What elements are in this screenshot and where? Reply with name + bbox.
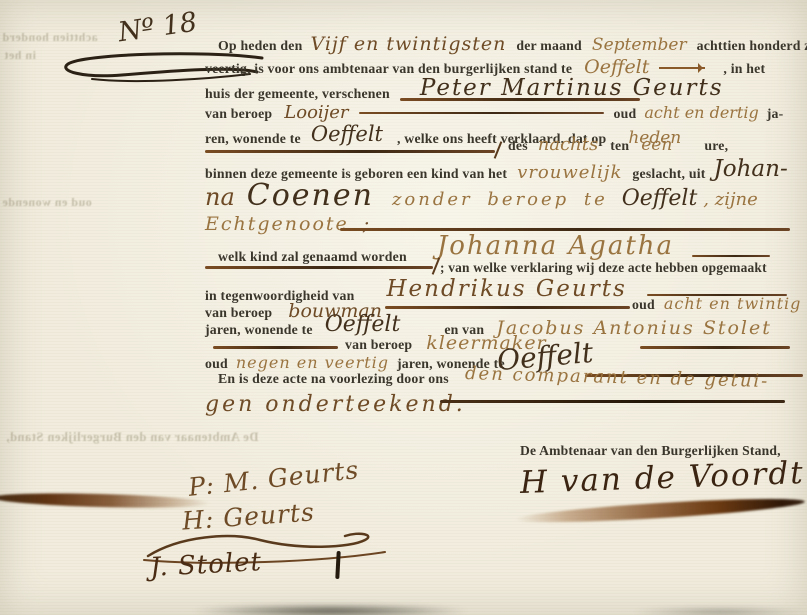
printed-text: veertig, is voor ons ambtenaar van den b… — [205, 61, 572, 76]
flourish-line — [205, 150, 495, 153]
ink-smear-left — [0, 491, 210, 510]
act-number: Nº 18 — [116, 7, 199, 49]
closing-handwritten-part1: den comparant en de getui- — [465, 363, 770, 392]
entry-mother-name-part3: Coenen — [247, 178, 374, 213]
body-line-1: Op heden den Vijf en twintigsten der maa… — [218, 33, 807, 55]
signature-declarant: P: M. Geurts — [187, 455, 361, 502]
flourish-line — [640, 346, 790, 349]
entry-witness1-name: Hendrikus Geurts — [386, 276, 626, 302]
body-line-8: na Coenen zonder beroep te Oeffelt , zij… — [205, 178, 758, 213]
entry-spouse-word: , zijne — [703, 189, 758, 210]
printed-text: achttien honderd zes en — [697, 38, 807, 53]
printed-text: ure, — [704, 138, 728, 153]
printed-text: welk kind zal genaamd worden — [218, 249, 407, 264]
printed-text: van beroep — [345, 337, 412, 352]
flourish-line — [440, 400, 785, 403]
entry-day: Vijf en twintigsten — [310, 33, 506, 55]
printed-text: huis der gemeente, verschenen — [205, 86, 390, 101]
handwritten-mark: ; — [363, 213, 369, 235]
printed-text: jaren, wonende te — [205, 322, 313, 337]
entry-time-of-day: nachts — [538, 134, 598, 155]
flourish-line — [359, 112, 604, 115]
entry-declarant-age: acht en dertig — [644, 103, 758, 122]
entry-hour: een — [641, 135, 672, 155]
bleedthrough-text: achttien honderd — [2, 30, 98, 45]
birth-certificate-scan: achttien honderd in het oud en wonende D… — [0, 0, 807, 615]
pen-stroke-arrow — [659, 67, 705, 69]
entry-month: September — [592, 35, 687, 55]
flourish-line — [692, 255, 770, 258]
body-line-4: van beroep Looijer oud acht en dertig ja… — [205, 102, 783, 123]
printed-text: des — [508, 138, 528, 153]
printed-text: oud — [632, 297, 655, 312]
body-line-18: gen onderteekend. — [205, 392, 466, 417]
body-line-9: Echtgenoote ; — [205, 213, 369, 235]
signature-witness2: J. Stolet — [149, 547, 262, 583]
entry-declarant-occupation: Looijer — [284, 102, 348, 123]
entry-declarant-residence: Oeffelt — [311, 122, 383, 146]
printed-text: , in het — [723, 61, 765, 76]
entry-mother-occupation: zonder beroep te — [392, 189, 608, 210]
body-line-6: des nachts ten een ure, — [508, 134, 728, 155]
body-line-17: En is deze acte na voorlezing door ons d… — [218, 367, 769, 388]
bleedthrough-text: in het — [4, 48, 36, 63]
printed-text: ja- — [767, 106, 784, 121]
body-line-13-right: oud acht en twintig — [632, 294, 801, 314]
printed-text: Op heden den — [218, 38, 302, 53]
printed-text: ren, wonende te — [205, 131, 301, 146]
printed-text: der maand — [516, 38, 582, 53]
printed-text: ten — [610, 138, 629, 153]
scan-shadow — [630, 607, 807, 615]
entry-mother-name-part2: na — [205, 183, 235, 211]
flourish-line — [213, 346, 338, 349]
printed-text: En is deze acte na voorlezing door ons — [218, 371, 449, 386]
entry-spouse-label: Echtgenoote — [205, 213, 349, 235]
entry-child-name: Johanna Agatha — [437, 231, 674, 261]
scan-shadow — [190, 604, 470, 615]
printed-text: oud — [614, 106, 637, 121]
flourish-line — [385, 306, 630, 309]
official-signature: H van de Voordt — [519, 455, 805, 501]
body-line-11: ; van welke verklaring wij deze acte heb… — [440, 259, 767, 277]
entry-mother-place: Oeffelt — [622, 186, 698, 211]
flourish-line — [400, 98, 640, 101]
bleedthrough-text: oud en wonende — [2, 195, 92, 210]
bleedthrough-text: De Ambtenaar van den Burgerlijken Stand, — [6, 430, 258, 445]
closing-handwritten-part2: gen onderteekend. — [205, 392, 466, 417]
printed-text: ; van welke verklaring wij deze acte heb… — [440, 260, 767, 275]
flourish-line — [205, 266, 433, 269]
printed-text: van beroep — [205, 106, 272, 121]
entry-witness1-age: acht en twintig — [664, 294, 802, 313]
pen-mark — [335, 551, 340, 579]
